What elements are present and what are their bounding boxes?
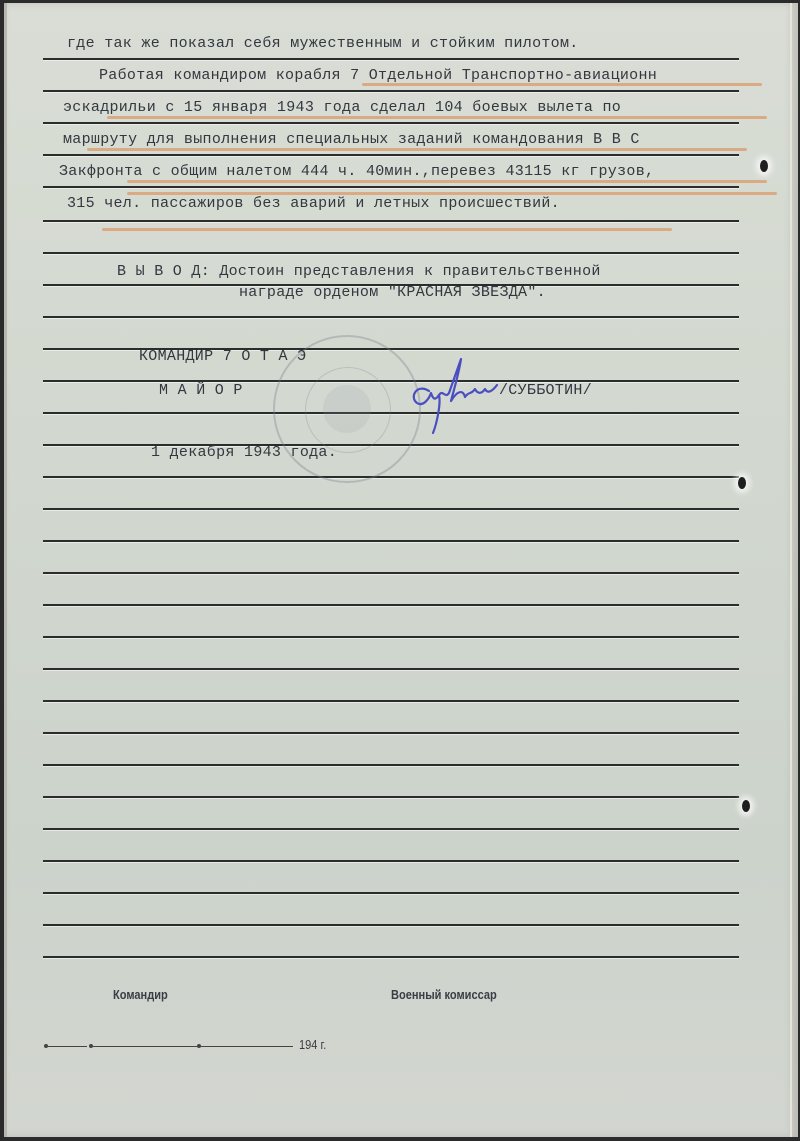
body-line-6: 315 чел. пассажиров без аварий и летных …: [67, 195, 560, 212]
highlight-mark: [127, 180, 767, 183]
rule-line: [43, 58, 739, 60]
signer-position: КОМАНДИР 7 О Т А Э: [139, 348, 306, 365]
conclusion-line-2: награде орденом "КРАСНАЯ ЗВЕЗДА".: [239, 284, 546, 301]
rule-line: [43, 122, 739, 124]
conclusion-line-1: В Ы В О Д: Достоин представления к прави…: [117, 263, 601, 280]
year-suffix: 194 г.: [299, 1037, 326, 1052]
rule-line: [43, 924, 739, 926]
punch-hole: [760, 160, 768, 172]
conclusion-label: В Ы В О Д:: [117, 263, 210, 280]
punch-hole: [742, 800, 750, 812]
rule-line: [43, 732, 739, 734]
rule-line: [43, 476, 739, 478]
signature-date: 1 декабря 1943 года.: [151, 444, 337, 461]
rule-line: [43, 636, 739, 638]
body-line-1: где так же показал себя мужественным и с…: [67, 35, 579, 52]
rule-line: [43, 668, 739, 670]
body-line-3: эскадрильи с 15 января 1943 года сделал …: [63, 99, 621, 116]
rule-line: [43, 764, 739, 766]
rule-line: [43, 572, 739, 574]
punch-hole: [738, 477, 746, 489]
document-page: где так же показал себя мужественным и с…: [4, 3, 798, 1137]
rule-line: [43, 220, 739, 222]
conclusion-text-1: Достоин представления к правительственно…: [219, 263, 600, 280]
highlight-mark: [87, 148, 747, 151]
rule-line: [43, 252, 739, 254]
highlight-mark: [107, 116, 767, 119]
rule-line: [43, 860, 739, 862]
rule-line: [43, 154, 739, 156]
rule-line: [43, 796, 739, 798]
highlight-mark: [102, 228, 672, 231]
signer-name: /СУББОТИН/: [499, 382, 592, 399]
date-dot: [197, 1044, 201, 1048]
rule-line: [43, 700, 739, 702]
rule-line: [43, 508, 739, 510]
body-line-4: маршруту для выполнения специальных зада…: [63, 131, 640, 148]
rule-line: [43, 828, 739, 830]
rule-line: [43, 892, 739, 894]
rule-line: [43, 186, 739, 188]
body-line-2: Работая командиром корабля 7 Отдельной Т…: [99, 67, 657, 84]
commander-label: Командир: [113, 987, 168, 1002]
commissar-label: Военный комиссар: [391, 987, 497, 1002]
rule-line: [43, 956, 739, 958]
rule-line: [43, 316, 739, 318]
signer-rank: М А Й О Р: [159, 382, 243, 399]
rule-line: [43, 90, 739, 92]
body-line-5: Закфронта с общим налетом 444 ч. 40мин.,…: [59, 163, 654, 180]
rule-line: [43, 604, 739, 606]
rule-line: [43, 540, 739, 542]
